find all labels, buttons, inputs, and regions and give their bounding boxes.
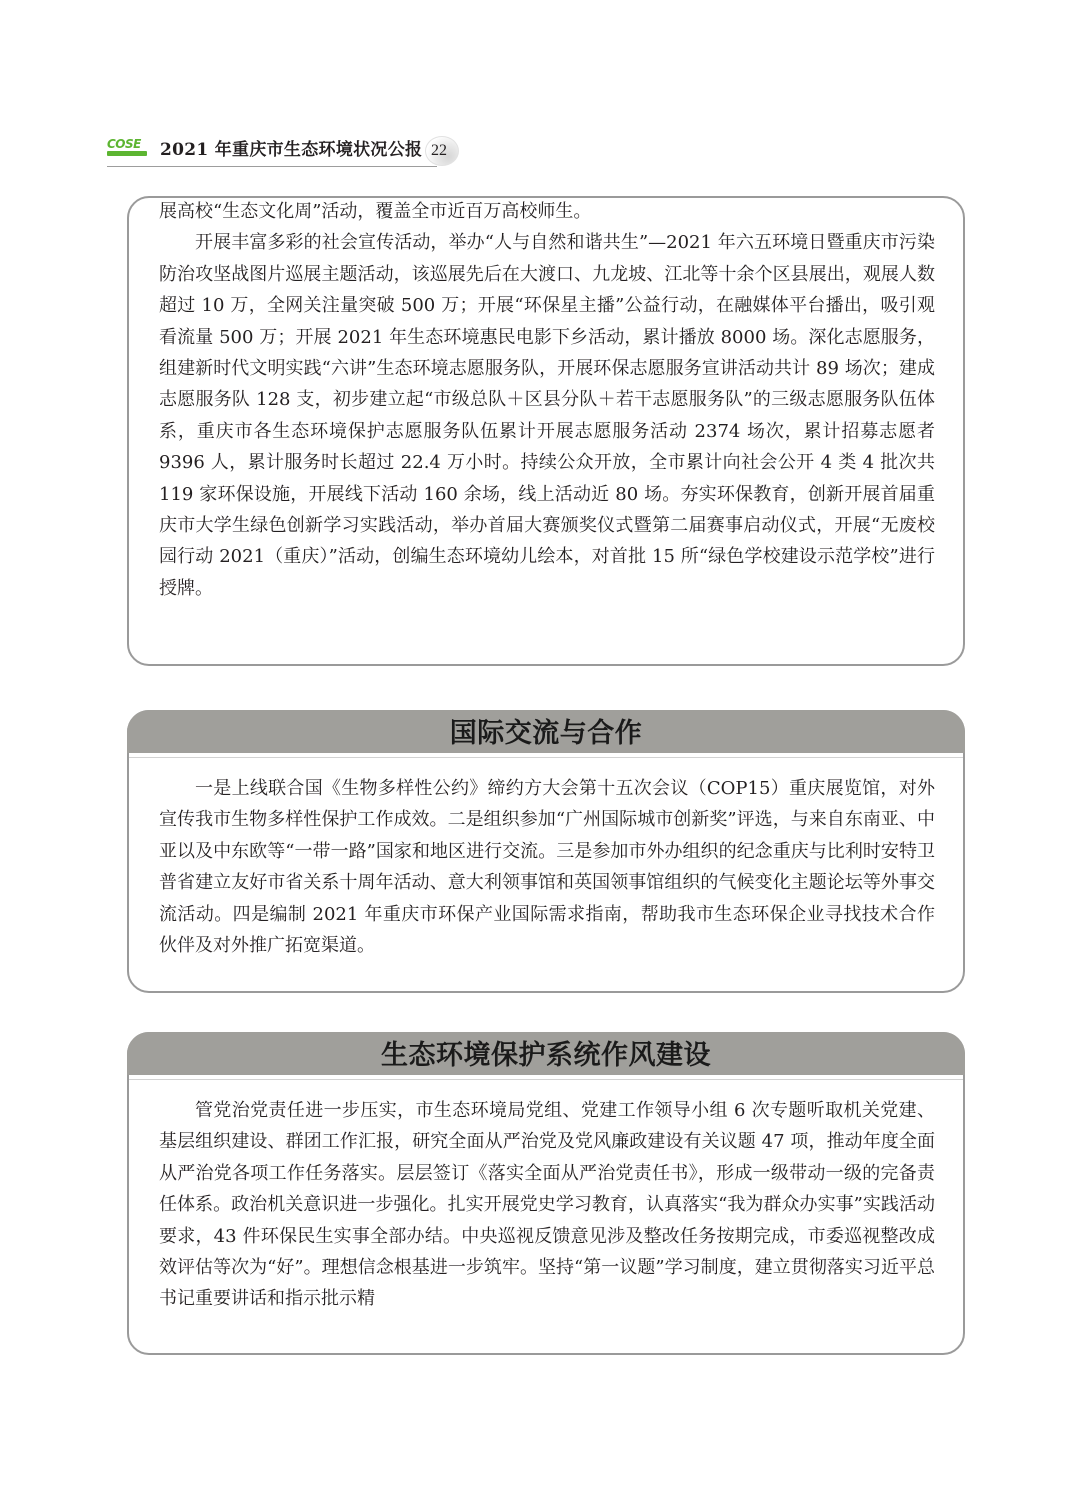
section-body: 一是上线联合国《生物多样性公约》缔约方大会第十五次会议（COP15）重庆展览馆，… xyxy=(159,773,935,961)
page-number: 22 xyxy=(431,142,447,160)
header-rule xyxy=(107,166,437,167)
section-title: 生态环境保护系统作风建设 xyxy=(129,1034,963,1077)
report-logo: COSE xyxy=(107,138,153,160)
section-body: 管党治党责任进一步压实，市生态环境局党组、党建工作领导小组 6 次专题听取机关党… xyxy=(159,1095,935,1315)
continued-body: 展高校“生态文化周”活动，覆盖全市近百万高校师生。 开展丰富多彩的社会宣传活动，… xyxy=(159,196,935,604)
running-header: COSE 2021 年重庆市生态环境状况公报 22 xyxy=(107,136,987,170)
logo-subtitle-bar xyxy=(107,151,147,156)
page-number-badge: 22 xyxy=(425,136,459,166)
paragraph: 一是上线联合国《生物多样性公约》缔约方大会第十五次会议（COP15）重庆展览馆，… xyxy=(159,773,935,961)
report-title: 2021 年重庆市生态环境状况公报 xyxy=(160,139,422,161)
section-title: 国际交流与合作 xyxy=(129,712,963,755)
paragraph: 开展丰富多彩的社会宣传活动，举办“人与自然和谐共生”—2021 年六五环境日暨重… xyxy=(159,227,935,604)
paragraph: 展高校“生态文化周”活动，覆盖全市近百万高校师生。 xyxy=(159,196,935,227)
continued-text-box: 展高校“生态文化周”活动，覆盖全市近百万高校师生。 开展丰富多彩的社会宣传活动，… xyxy=(127,196,965,666)
section-international-cooperation: 国际交流与合作 一是上线联合国《生物多样性公约》缔约方大会第十五次会议（COP1… xyxy=(127,710,965,993)
logo-mark: COSE xyxy=(107,138,153,150)
paragraph: 管党治党责任进一步压实，市生态环境局党组、党建工作领导小组 6 次专题听取机关党… xyxy=(159,1095,935,1315)
section-work-style-building: 生态环境保护系统作风建设 管党治党责任进一步压实，市生态环境局党组、党建工作领导… xyxy=(127,1032,965,1355)
